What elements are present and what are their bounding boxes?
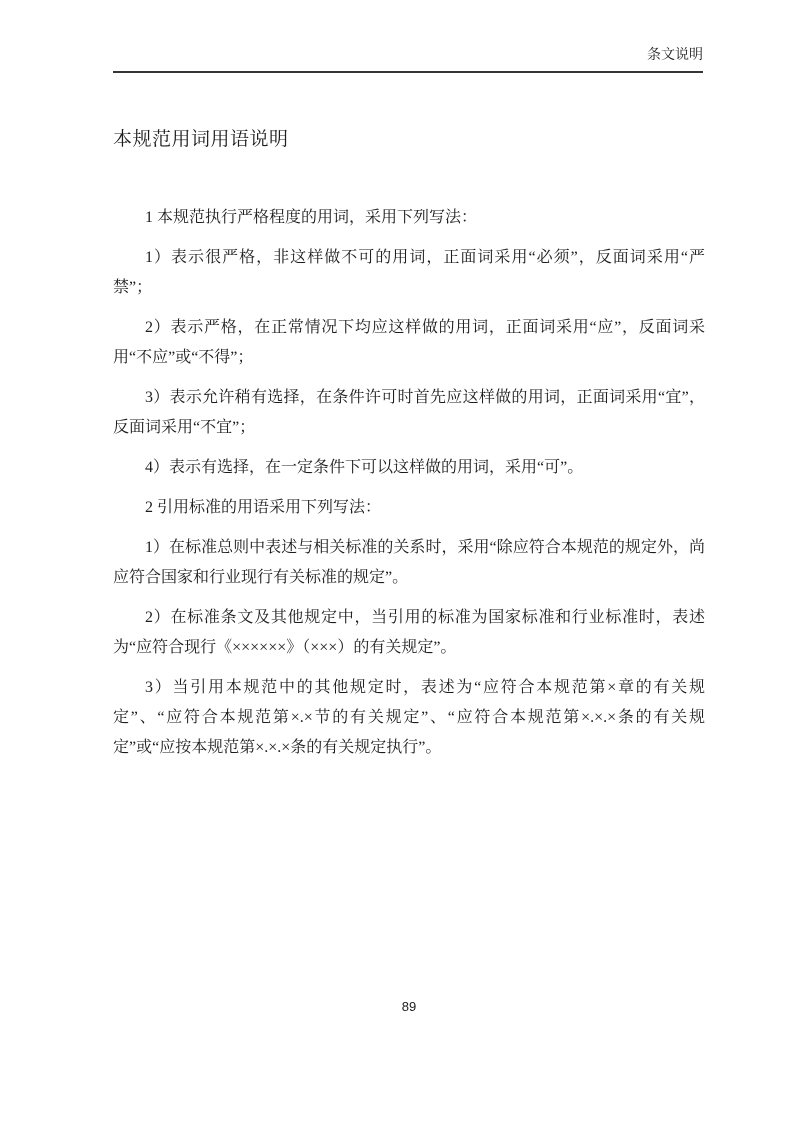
paragraph-1-item-3: 3）表示允许稍有选择，在条件许可时首先应这样做的用词，正面词采用“宜”，反面词采… (113, 383, 705, 443)
page-number: 89 (113, 999, 705, 1014)
paragraph-1: 1 本规范执行严格程度的用词，采用下列写法： (113, 203, 705, 233)
page-title: 本规范用词用语说明 (113, 124, 289, 151)
body-text: 1 本规范执行严格程度的用词，采用下列写法： 1）表示很严格，非这样做不可的用词… (113, 203, 705, 773)
document-page: 条文说明 本规范用词用语说明 1 本规范执行严格程度的用词，采用下列写法： 1）… (0, 0, 793, 1122)
paragraph-2-item-1: 1）在标准总则中表述与相关标准的关系时，采用“除应符合本规范的规定外，尚应符合国… (113, 533, 705, 593)
running-header-label: 条文说明 (647, 47, 703, 64)
paragraph-1-item-4: 4）表示有选择，在一定条件下可以这样做的用词，采用“可”。 (113, 453, 705, 483)
paragraph-2-item-2: 2）在标准条文及其他规定中，当引用的标准为国家标准和行业标准时，表述为“应符合现… (113, 603, 705, 663)
paragraph-1-item-1: 1）表示很严格，非这样做不可的用词，正面词采用“必须”，反面词采用“严禁”； (113, 243, 705, 303)
paragraph-1-item-2: 2）表示严格，在正常情况下均应这样做的用词，正面词采用“应”，反面词采用“不应”… (113, 313, 705, 373)
paragraph-2: 2 引用标准的用语采用下列写法： (113, 493, 705, 523)
paragraph-2-item-3: 3）当引用本规范中的其他规定时，表述为“应符合本规范第×章的有关规定”、“应符合… (113, 673, 705, 763)
header-rule (113, 71, 703, 73)
